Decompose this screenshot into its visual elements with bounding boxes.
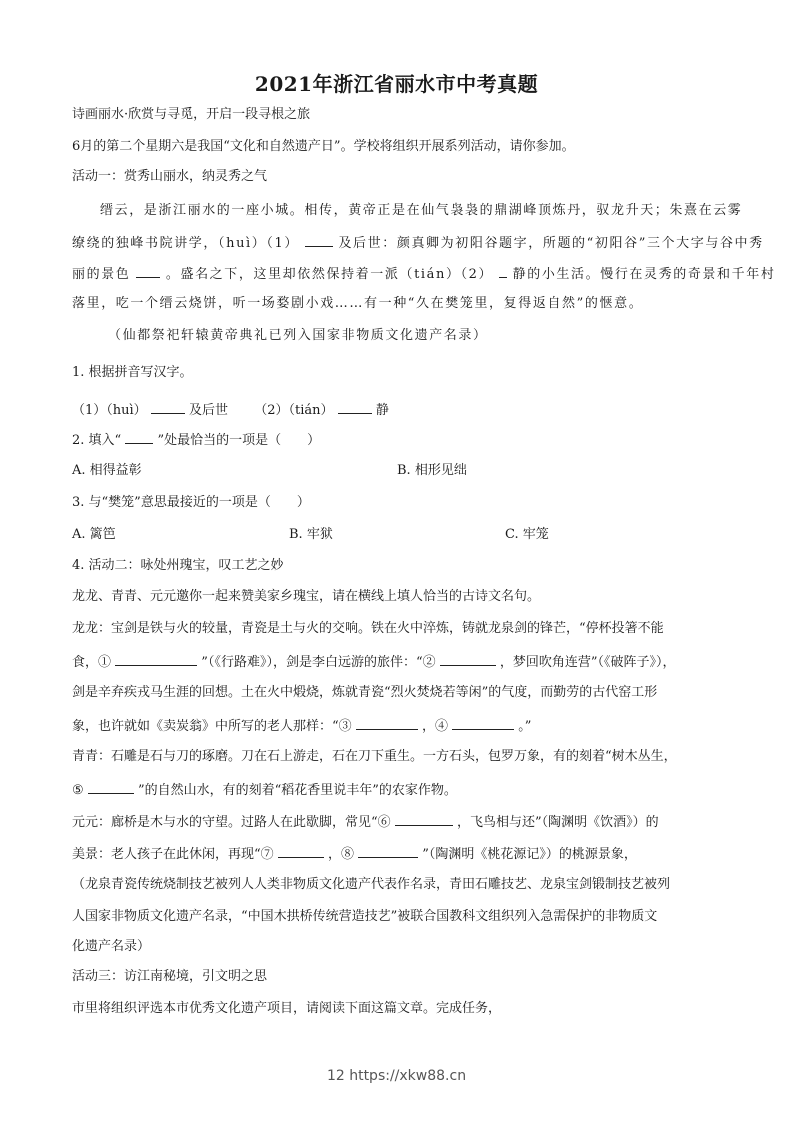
q3-stem: 3. 与“樊笼”意思最接近的一项是（ ） xyxy=(72,494,732,512)
q2-blank xyxy=(125,430,153,444)
longlong-line4-c: 。” xyxy=(518,719,531,734)
qingqing-line1: 青青：石雕是石与刀的琢磨。刀在石上游走，石在刀下重生。一方石头，包罗万象，有的刻… xyxy=(72,748,732,766)
q4-intro: 龙龙、青青、元元邀你一起来赞美家乡瑰宝，请在横线上填人恰当的古诗文名句。 xyxy=(72,588,732,606)
longlong-line2-b: ”（《行路难》），剑是李白远游的旅伴：“② xyxy=(201,655,435,670)
passage1-line3-text-b: 。盛名之下，这里却依然保持着一派（tián）（2） xyxy=(166,267,493,282)
page-footer: 12 https://xkw88.cn xyxy=(0,1068,793,1084)
passage1-note: （仙都祭祀轩辕黄帝典礼已列入国家非物质文化遗产名录） xyxy=(108,327,768,345)
qingqing-line2-b: ”的自然山水，有的刻着“稻花香里说丰年”的农家作物。 xyxy=(138,783,457,798)
qingqing-line2: ⑤ ”的自然山水，有的刻着“稻花香里说丰年”的农家作物。 xyxy=(72,780,732,800)
q4-note-line2: 人国家非物质文化遗产名录，“中国木拱桥传统营造技艺”被联合国教科文组织列入急需保… xyxy=(72,908,732,926)
yuanyuan-line2-a: 美景：老人孩子在此休闲，再现“⑦ xyxy=(72,847,274,862)
q4-note-line3: 化遗产名录） xyxy=(72,938,732,956)
q2-stem-b: ”处最恰当的一项是（ ） xyxy=(157,433,320,448)
activity3-intro: 市里将组织评选本市优秀文化遗产项目，请阅读下面这篇文章。完成任务， xyxy=(72,1000,732,1018)
longlong-line2: 食，① ”（《行路难》），剑是李白远游的旅伴：“② ，梦回吹角连营”（《破阵子》… xyxy=(72,652,732,672)
longlong-line4-b: ，④ xyxy=(422,719,448,734)
longlong-line3: 剑是辛弃疾戎马生涯的回想。土在火中煅烧，炼就青瓷“烈火焚烧若等闲”的气度，而勤劳… xyxy=(72,684,732,702)
yuanyuan-line2-c: ”（陶渊明《桃花源记》）的桃源景象， xyxy=(422,847,637,862)
q1-item1-after: 及后世 xyxy=(189,403,228,418)
qingqing-line2-a: ⑤ xyxy=(72,783,84,798)
passage1-line2-text-a: 缭绕的独峰书院讲学，（huì）（1） xyxy=(72,236,299,251)
passage1-line3: 丽的景色 。盛名之下，这里却依然保持着一派（tián）（2） 静的小生活。慢行在… xyxy=(72,264,732,284)
longlong-line1: 龙龙：宝剑是铁与火的较量，青瓷是土与火的交响。铁在火中淬炼，铸就龙泉剑的锋芒，“… xyxy=(72,620,732,638)
passage1-line2: 缭绕的独峰书院讲学，（huì）（1） 及后世：颜真卿为初阳谷题字，所题的“初阳谷… xyxy=(72,233,732,253)
yuanyuan-line2: 美景：老人孩子在此休闲，再现“⑦ ，⑧ ”（陶渊明《桃花源记》）的桃源景象， xyxy=(72,844,732,864)
q1-blank-2[interactable] xyxy=(338,400,372,414)
blank-circle-8[interactable] xyxy=(358,844,418,858)
q3-option-b[interactable]: B. 牢狱 xyxy=(289,526,333,544)
q3-option-c[interactable]: C. 牢笼 xyxy=(505,526,549,544)
passage1-line1: 缙云，是浙江丽水的一座小城。相传，黄帝正是在仙气袅袅的鼎湖峰顶炼丹，驭龙升天；朱… xyxy=(100,202,760,220)
q1-items: （1）（huì） 及后世 （2）（tián） 静 xyxy=(72,400,732,420)
q2-stem-a: 2. 填入“ xyxy=(72,433,121,448)
q1-stem: 1. 根据拼音写汉字。 xyxy=(72,364,732,382)
blank-passage[interactable] xyxy=(136,264,160,278)
q4-note-line1: （龙泉青瓷传统烧制技艺被列人人类非物质文化遗产代表作名录，青田石雕技艺、龙泉宝剑… xyxy=(72,876,732,894)
yuanyuan-line1-a: 元元：廊桥是木与水的守望。过路人在此歇脚，常见“⑥ xyxy=(72,815,391,830)
activity3-heading: 活动三：访江南秘境，引文明之思 xyxy=(72,968,732,986)
passage1-line4: 落里，吃一个缙云烧饼，听一场婺剧小戏……有一种“久在樊笼里，复得返自然”的惬意。 xyxy=(72,295,732,313)
q2-stem: 2. 填入“ ”处最恰当的一项是（ ） xyxy=(72,430,732,450)
blank-circle-1[interactable] xyxy=(115,652,197,666)
longlong-line2-c: ，梦回吹角连营”（《破阵子》）， xyxy=(500,655,676,670)
q1-blank-1[interactable] xyxy=(151,400,185,414)
exam-page: 2021年浙江省丽水市中考真题 诗画丽水·欣赏与寻觅，开启一段寻根之旅 6月的第… xyxy=(0,0,793,1122)
q1-item2-after: 静 xyxy=(376,403,389,418)
longlong-line2-a: 食，① xyxy=(72,655,111,670)
notice-line: 6月的第二个星期六是我国“文化和自然遗产日”。学校将组织开展系列活动，请你参加。 xyxy=(72,138,732,156)
blank-circle-5[interactable] xyxy=(88,780,134,794)
yuanyuan-line2-b: ，⑧ xyxy=(328,847,354,862)
passage1-line2-text-b: 及后世：颜真卿为初阳谷题字，所题的“初阳谷”三个大字与谷中秀 xyxy=(338,236,763,251)
blank-circle-4[interactable] xyxy=(452,716,514,730)
passage1-line3-text-c: 静的小生活。慢行在灵秀的奇景和千年村 xyxy=(513,267,776,282)
activity1-heading: 活动一：赏秀山丽水，纳灵秀之气 xyxy=(72,168,732,186)
blank-circle-2[interactable] xyxy=(440,652,496,666)
longlong-line4-a: 象，也许就如《卖炭翁》中所写的老人那样：“③ xyxy=(72,719,352,734)
q1-item2-label: （2）（tián） xyxy=(254,403,333,418)
yuanyuan-line1: 元元：廊桥是木与水的守望。过路人在此歇脚，常见“⑥ ，飞鸟相与还”（陶渊明《饮酒… xyxy=(72,812,732,832)
passage1-line3-text-a: 丽的景色 xyxy=(72,267,130,282)
theme-line: 诗画丽水·欣赏与寻觅，开启一段寻根之旅 xyxy=(72,106,732,124)
q2-option-a[interactable]: A. 相得益彰 xyxy=(72,462,142,480)
page-title: 2021年浙江省丽水市中考真题 xyxy=(0,68,793,97)
q2-option-b[interactable]: B. 相形见绌 xyxy=(397,462,467,480)
blank-circle-6[interactable] xyxy=(395,812,453,826)
longlong-line4: 象，也许就如《卖炭翁》中所写的老人那样：“③ ，④ 。” xyxy=(72,716,732,736)
q1-item1-label: （1）（huì） xyxy=(72,403,147,418)
q4-stem: 4. 活动二：咏处州瑰宝，叹工艺之妙 xyxy=(72,557,732,575)
yuanyuan-line1-b: ，飞鸟相与还”（陶渊明《饮酒》）的 xyxy=(457,815,659,830)
blank-circle-7[interactable] xyxy=(278,844,324,858)
blank-1[interactable] xyxy=(305,233,333,247)
q3-option-a[interactable]: A. 篱笆 xyxy=(72,526,116,544)
blank-circle-3[interactable] xyxy=(356,716,418,730)
blank-2[interactable] xyxy=(499,264,507,278)
